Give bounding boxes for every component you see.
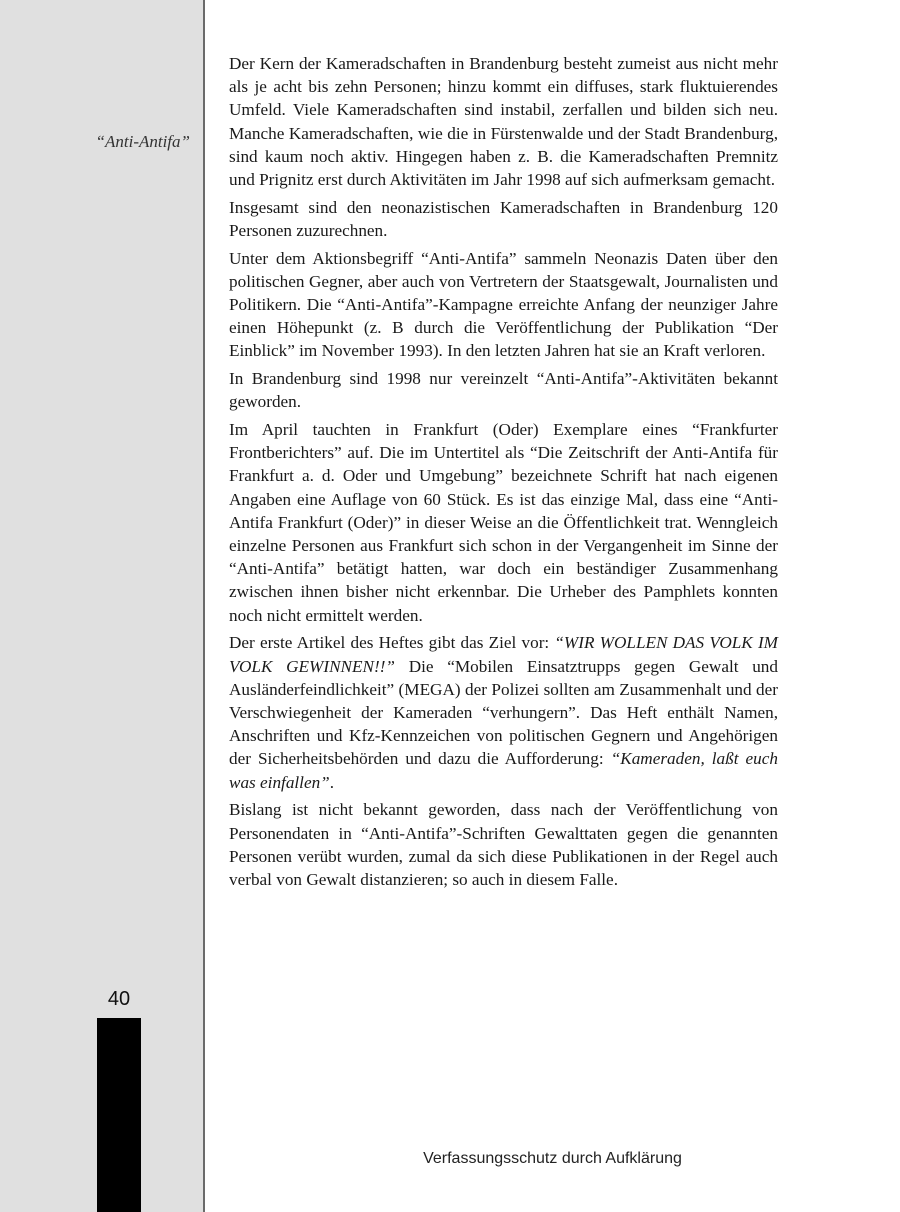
- paragraph: Insgesamt sind den neonazistischen Kamer…: [229, 196, 778, 242]
- margin-note: “Anti-Antifa”: [40, 132, 190, 152]
- body-text: Der Kern der Kameradschaften in Brandenb…: [229, 52, 778, 896]
- paragraph: Im April tauchten in Frankfurt (Oder) Ex…: [229, 418, 778, 627]
- paragraph: Der Kern der Kameradschaften in Brandenb…: [229, 52, 778, 191]
- paragraph: In Brandenburg sind 1998 nur vereinzelt …: [229, 367, 778, 413]
- paragraph: Der erste Artikel des Heftes gibt das Zi…: [229, 631, 778, 793]
- page-number: 40: [97, 988, 141, 1011]
- margin-divider-line: [203, 0, 205, 1212]
- text-run: .: [330, 773, 334, 792]
- page-footer: Verfassungsschutz durch Aufklärung: [0, 1150, 900, 1168]
- text-run: Der erste Artikel des Heftes gibt das Zi…: [229, 633, 554, 652]
- page-marker-bar: [97, 1018, 141, 1212]
- paragraph: Bislang ist nicht bekannt geworden, dass…: [229, 798, 778, 891]
- paragraph: Unter dem Aktionsbegriff “Anti-Antifa” s…: [229, 247, 778, 363]
- footer-text: Verfassungsschutz durch Aufklärung: [423, 1150, 682, 1167]
